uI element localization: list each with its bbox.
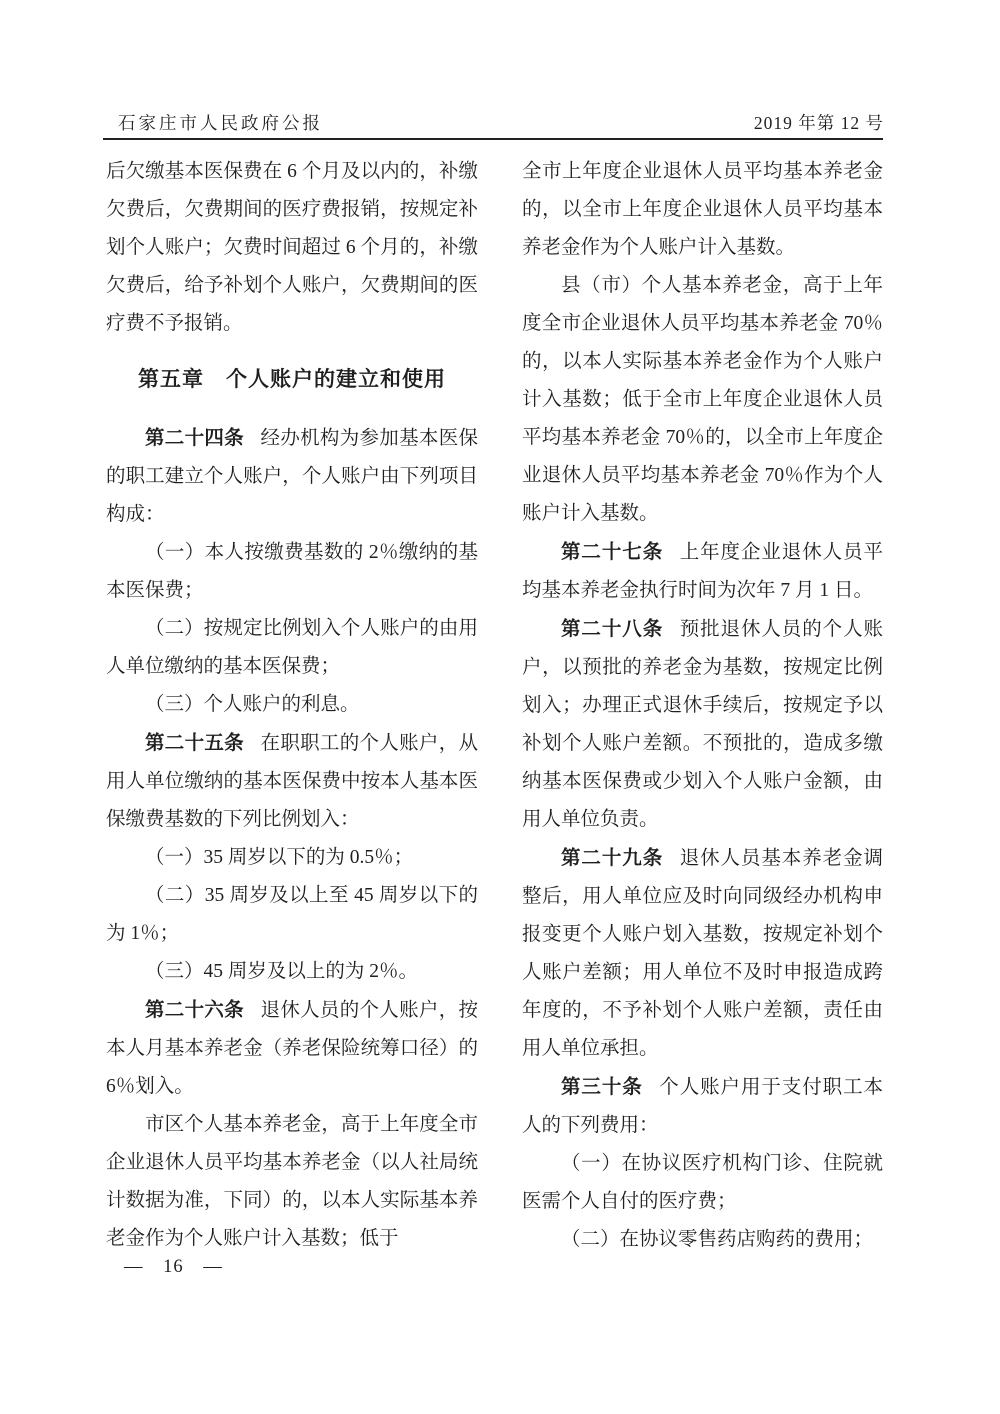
article-number: 第二十六条 bbox=[145, 999, 244, 1021]
article-number: 第二十四条 bbox=[145, 427, 244, 449]
paragraph: 第二十五条在职职工的个人账户，从用人单位缴纳的基本医保费中按本人基本医保缴费基数… bbox=[106, 724, 478, 839]
paragraph: （三）45 周岁及以上的为 2％。 bbox=[106, 953, 478, 991]
gazette-title: 石家庄市人民政府公报 bbox=[106, 110, 323, 135]
text-column-left: 后欠缴基本医保费在 6 个月及以内的，补缴欠费后，欠费期间的医疗费报销，按规定补… bbox=[106, 153, 478, 1258]
paragraph: （三）个人账户的利息。 bbox=[106, 686, 478, 724]
paragraph: （二）按规定比例划入个人账户的由用人单位缴纳的基本医保费； bbox=[106, 610, 478, 686]
paragraph: 第二十六条退休人员的个人账户，按本人月基本养老金（养老保险统筹口径）的 6％划入… bbox=[106, 991, 478, 1106]
article-number: 第二十九条 bbox=[561, 847, 663, 869]
paragraph: 全市上年度企业退休人员平均基本养老金的，以全市上年度企业退休人员平均基本养老金作… bbox=[522, 153, 883, 267]
page-header: 石家庄市人民政府公报 2019 年第 12 号 bbox=[106, 110, 884, 135]
paragraph: 第二十九条退休人员基本养老金调整后，用人单位应及时向同级经办机构申报变更个人账户… bbox=[522, 839, 883, 1068]
chapter-heading: 第五章 个人账户的建立和使用 bbox=[106, 361, 478, 399]
paragraph: （一）在协议医疗机构门诊、住院就医需个人自付的医疗费； bbox=[522, 1145, 883, 1221]
paragraph: 市区个人基本养老金，高于上年度全市企业退休人员平均基本养老金（以人社局统计数据为… bbox=[106, 1106, 478, 1258]
paragraph: 第三十条个人账户用于支付职工本人的下列费用： bbox=[522, 1068, 883, 1145]
gazette-page: 石家庄市人民政府公报 2019 年第 12 号 后欠缴基本医保费在 6 个月及以… bbox=[0, 0, 1000, 1414]
paragraph: 第二十四条经办机构为参加基本医保的职工建立个人账户，个人账户由下列项目构成： bbox=[106, 419, 478, 534]
paragraph: （一）本人按缴费基数的 2％缴纳的基本医保费； bbox=[106, 534, 478, 610]
page-footer: — 16 — bbox=[124, 1257, 223, 1278]
header-rule bbox=[103, 138, 883, 140]
text-column-right: 全市上年度企业退休人员平均基本养老金的，以全市上年度企业退休人员平均基本养老金作… bbox=[522, 153, 883, 1259]
issue-number: 2019 年第 12 号 bbox=[754, 110, 884, 135]
paragraph: 后欠缴基本医保费在 6 个月及以内的，补缴欠费后，欠费期间的医疗费报销，按规定补… bbox=[106, 153, 478, 343]
article-number: 第二十五条 bbox=[145, 732, 244, 754]
article-number: 第二十七条 bbox=[561, 541, 663, 563]
page-number: — 16 — bbox=[124, 1257, 223, 1277]
paragraph: 第二十八条预批退休人员的个人账户，以预批的养老金为基数，按规定比例划入；办理正式… bbox=[522, 610, 883, 839]
paragraph: 县（市）个人基本养老金，高于上年度全市企业退休人员平均基本养老金 70％的，以本… bbox=[522, 267, 883, 533]
paragraph: （二）35 周岁及以上至 45 周岁以下的为 1％； bbox=[106, 877, 478, 953]
paragraph: （一）35 周岁以下的为 0.5％； bbox=[106, 839, 478, 877]
paragraph: 第二十七条上年度企业退休人员平均基本养老金执行时间为次年 7 月 1 日。 bbox=[522, 533, 883, 610]
article-number: 第二十八条 bbox=[561, 618, 663, 640]
paragraph: （二）在协议零售药店购药的费用； bbox=[522, 1221, 883, 1259]
article-number: 第三十条 bbox=[561, 1076, 643, 1098]
